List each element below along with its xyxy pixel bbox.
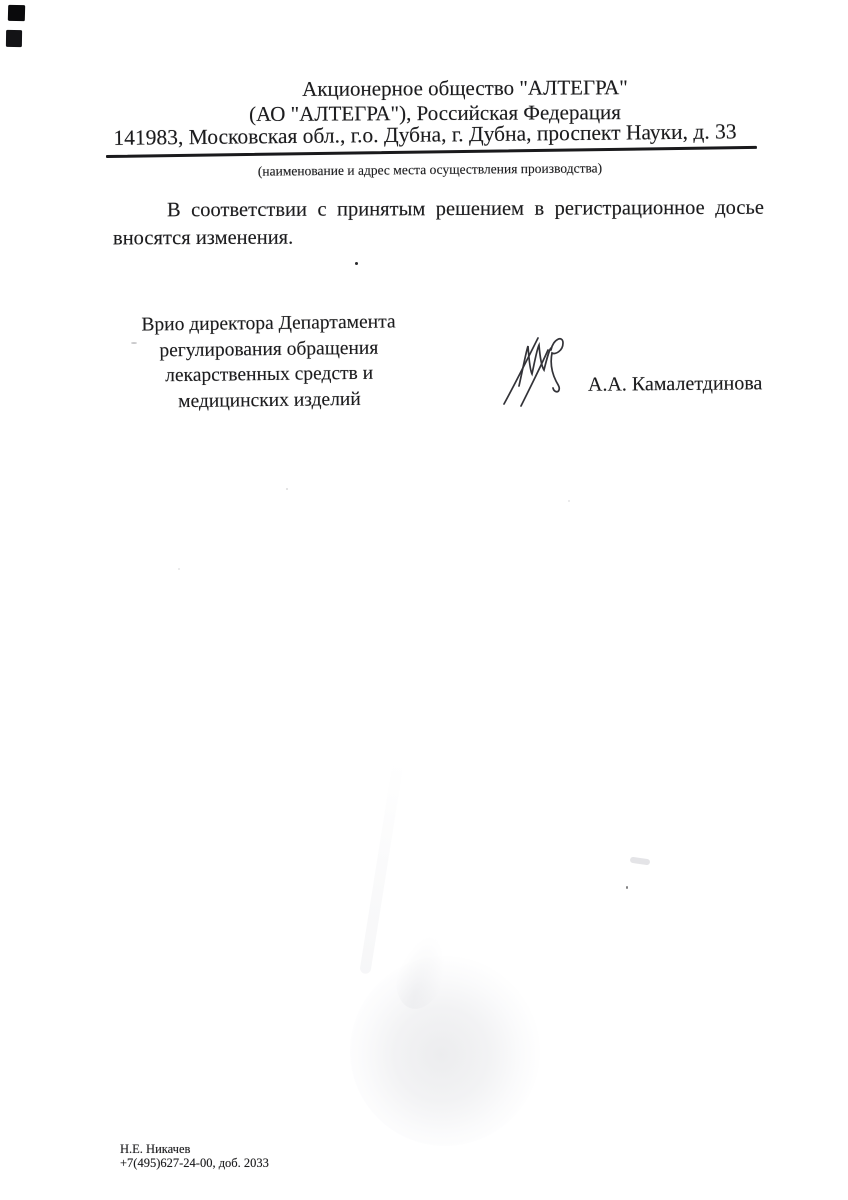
scan-speck: [178, 568, 180, 570]
paragraph-word: В: [167, 199, 181, 222]
signer-title-block: Врио директора Департамента регулировани…: [135, 309, 402, 414]
registration-mark-icon: [8, 5, 25, 21]
paragraph-word: решением: [436, 198, 524, 221]
scanned-document-page: Акционерное общество "АЛТЕГРА" (АО "АЛТЕ…: [0, 0, 848, 1200]
scan-speck: [355, 262, 358, 265]
signer-title-line: регулирования обращения: [136, 335, 402, 364]
signer-title-line: медицинских изделий: [136, 386, 402, 415]
signer-title-line: Врио директора Департамента: [135, 309, 401, 338]
paragraph-word: с: [317, 199, 326, 222]
paragraph-word: принятым: [337, 198, 425, 221]
footer-contact-phone: +7(495)627-24-00, доб. 2033: [120, 1156, 269, 1171]
scan-speck: [626, 886, 628, 889]
scan-speck: [568, 500, 570, 502]
company-name-line: Акционерное общество "АЛТЕГРА": [160, 74, 770, 102]
handwritten-signature-icon: [496, 324, 584, 410]
registration-mark-icon: [6, 30, 22, 47]
paragraph-word: досье: [715, 197, 764, 220]
paragraph-line-1: Всоответствииспринятымрешениемврегистрац…: [167, 197, 764, 223]
header-caption: (наименование и адрес места осуществлени…: [130, 159, 730, 181]
scan-streak: [359, 760, 403, 974]
paragraph-word: регистрационное: [555, 197, 705, 221]
signer-title-line: лекарственных средств и: [136, 360, 402, 389]
signer-name: А.А. Камалетдинова: [588, 372, 763, 397]
stain-blob: [350, 956, 540, 1146]
footer-contact-name: Н.Е. Никачев: [120, 1142, 190, 1157]
paragraph-word: в: [534, 198, 544, 221]
paragraph-word: соответствии: [191, 199, 307, 223]
paragraph-line-2: вносятся изменения.: [113, 227, 293, 251]
scan-speck: [286, 488, 288, 490]
scan-speck: [131, 342, 137, 344]
scan-smudge: [630, 857, 651, 866]
